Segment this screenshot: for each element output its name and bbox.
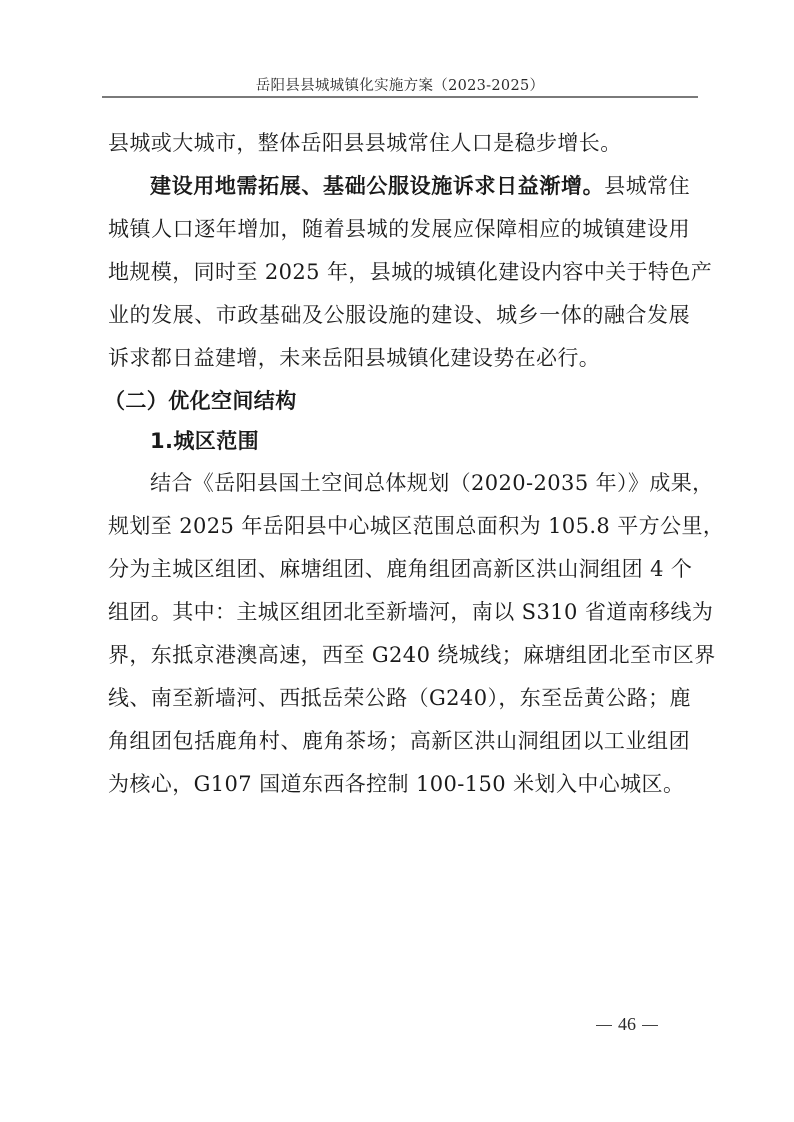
paragraph-line: 组团。其中：主城区组团北至新墙河，南以 S310 省道南移线为 <box>108 597 690 627</box>
paragraph-line: 结合《岳阳县国土空间总体规划（2020-2035 年）》成果， <box>150 468 690 498</box>
header-divider <box>102 96 698 98</box>
page-number-text: 46 <box>618 1014 636 1034</box>
paragraph-line: 规划至 2025 年岳阳县中心城区范围总面积为 105.8 平方公里， <box>108 511 690 541</box>
paragraph-line: 线、南至新墙河、西抵岳荣公路（G240），东至岳黄公路；鹿 <box>108 683 690 713</box>
paragraph-line: 为核心，G107 国道东西各控制 100-150 米划入中心城区。 <box>108 769 684 799</box>
subsection-heading: 1.城区范围 <box>150 426 259 456</box>
paragraph-line: 诉求都日益建增，未来岳阳县城镇化建设势在必行。 <box>108 343 600 373</box>
document-title: 岳阳县县城城镇化实施方案（2023-2025） <box>102 74 698 95</box>
paragraph-line: 角组团包括鹿角村、鹿角茶场；高新区洪山洞组团以工业组团 <box>108 726 690 756</box>
paragraph-line: 地规模，同时至 2025 年，县城的城镇化建设内容中关于特色产 <box>108 257 690 287</box>
paragraph-line: 分为主城区组团、麻塘组团、鹿角组团高新区洪山洞组团 4 个 <box>108 554 690 584</box>
dash-decoration <box>596 1025 612 1026</box>
paragraph-line: 界，东抵京港澳高速，西至 G240 绕城线；麻塘组团北至市区界 <box>108 640 690 670</box>
dash-decoration <box>642 1025 658 1026</box>
section-heading: （二）优化空间结构 <box>104 386 297 416</box>
paragraph-line: 县城或大城市，整体岳阳县县城常住人口是稳步增长。 <box>108 128 622 158</box>
bold-lead-sentence: 建设用地需拓展、基础公服设施诉求日益渐增。 <box>150 174 604 198</box>
paragraph-text: 县城常住 <box>604 174 690 198</box>
paragraph-line: 城镇人口逐年增加，随着县城的发展应保障相应的城镇建设用 <box>108 214 690 244</box>
paragraph-line: 建设用地需拓展、基础公服设施诉求日益渐增。县城常住 <box>150 171 690 201</box>
page-number: 46 <box>590 1014 664 1035</box>
paragraph-line: 业的发展、市政基础及公服设施的建设、城乡一体的融合发展 <box>108 300 690 330</box>
page-header: 岳阳县县城城镇化实施方案（2023-2025） <box>102 70 698 97</box>
